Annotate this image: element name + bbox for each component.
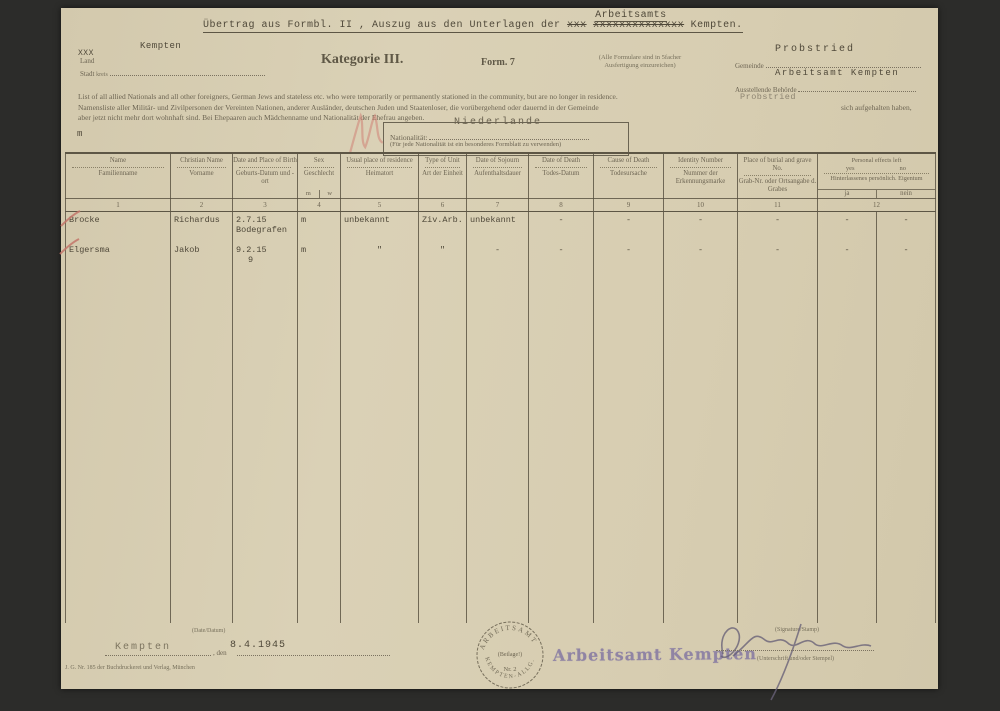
behoerde-typed-value: Arbeitsamt Kempten [775, 68, 899, 78]
col-header-unit: Type of UnitArt der Einheit [419, 153, 467, 199]
row1-vorname: Richardus [171, 212, 232, 245]
hdr-en: Sex [298, 154, 340, 165]
cell-death-cause: -- [594, 212, 664, 624]
round-stamp-arbeitsamt: ARBEITSAMT KEMPTEN-ALLG. (Beilage!) Nr. … [474, 619, 546, 691]
stadt-label: Stadt kreis [80, 66, 265, 78]
intro-line-german-1-end: sich aufgehalten haben, [841, 103, 912, 112]
row2-birth: 9.2.159 [233, 245, 297, 265]
row1-unit: Ziv.Arb. [419, 212, 466, 245]
title-struck-1: xxx [567, 20, 587, 31]
hdr-de: Nummer der Erkennungsmarke [664, 169, 737, 186]
cell-effects-nein: -- [877, 212, 936, 624]
sex-m: m [298, 190, 320, 198]
table-column-numbers: 1 2 3 4 5 6 7 8 9 10 11 12 [66, 199, 936, 212]
col-header-sex: SexGeschlechtmw [298, 153, 341, 199]
place-typed: Kempten [115, 642, 171, 653]
title-text: Übertrag aus Formbl. II , Auszug aus den… [203, 20, 561, 31]
probstried-overlay: Probstried [740, 92, 796, 102]
hdr-de: Vorname [171, 169, 232, 178]
document-title: Übertrag aus Formbl. II , Auszug aus den… [203, 20, 743, 33]
hdr-en: Date of Sojourn [467, 154, 528, 165]
kreis-dotted-line [110, 66, 265, 76]
hdr-en: Identity Number [664, 154, 737, 165]
title-kempten: Kempten. [691, 20, 743, 31]
row2-residence: " [341, 245, 418, 255]
kategorie-heading: Kategorie III. [321, 52, 403, 68]
effects-yes: yes [824, 165, 877, 173]
kreis-text: kreis [96, 72, 108, 78]
row2-death: - [529, 245, 593, 255]
col-header-christian-name: Christian NameVorname [171, 153, 233, 199]
cell-identity: -- [664, 212, 738, 624]
col-header-name: NameFamilienname [66, 153, 171, 199]
nationality-box: Niederlande Nationalität: (Für jede Nati… [383, 122, 629, 156]
cell-effects-ja: -- [818, 212, 877, 624]
nationality-typed-value: Niederlande [454, 117, 542, 128]
hdr-en: Place of burial and grave No. [738, 154, 817, 173]
col-header-death-date: Date of DeathTodes-Datum [529, 153, 594, 199]
hdr-de: Geburts-Datum und -ort [233, 169, 297, 186]
hdr-en: Personal effects left [818, 154, 935, 165]
row1-sojourn: unbekannt [467, 212, 528, 245]
col-header-birth: Date and Place of BirthGeburts-Datum und… [233, 153, 298, 199]
title-correction: Arbeitsamts xxxxxxxxxxxxxx [593, 20, 684, 31]
col-num: 5 [341, 199, 419, 212]
copies-note: (Alle Formulare sind in 5facher Ausferti… [585, 54, 695, 69]
hdr-de: Heimatort [341, 169, 418, 178]
persons-table: NameFamilienname Christian NameVorname D… [65, 152, 936, 623]
nationality-dotted-line [429, 130, 589, 140]
effects-yes-no: yesno [824, 165, 929, 174]
col-header-identity: Identity NumberNummer der Erkennungsmark… [664, 153, 738, 199]
nationality-note: (Für jede Nationalität ist ein besondere… [390, 141, 561, 148]
copies-note-line1: (Alle Formulare sind in 5facher [599, 54, 681, 61]
stadt-text: Stadt [80, 70, 94, 78]
cell-sex: mm [298, 212, 341, 624]
region-typed-value: Kempten [140, 41, 181, 51]
col-num: 1 [66, 199, 171, 212]
row1-cause: - [594, 212, 663, 245]
round-stamp-number: Nr. 2 [504, 666, 517, 673]
row2-burial: - [738, 245, 817, 255]
col-num: 9 [594, 199, 664, 212]
col-num: 11 [738, 199, 818, 212]
row2-identity: - [664, 245, 737, 255]
col-header-effects: Personal effects leftyesnoHinterlassenes… [818, 153, 936, 199]
col-num: 4 [298, 199, 341, 212]
row2-cause: - [594, 245, 663, 255]
row1-birth: 2.7.15Bodegrafen [233, 212, 297, 245]
cell-birth: 2.7.15Bodegrafen 9.2.159 [233, 212, 298, 624]
sex-w: w [320, 190, 341, 198]
sex-subcolumns: mw [298, 190, 340, 198]
gemeinde-text: Gemeinde [735, 62, 764, 70]
behoerde-dotted-line [798, 82, 916, 92]
row1-sex: m [298, 212, 340, 245]
date-dotted-line [237, 655, 390, 656]
table-header-row: NameFamilienname Christian NameVorname D… [66, 153, 936, 199]
hdr-de: Todesursache [594, 169, 663, 178]
margin-note-m: m [77, 129, 83, 139]
round-stamp-center-text: (Beilage!) [498, 651, 522, 658]
row2-birth-note: 9 [236, 255, 253, 265]
date-typed: 8.4.1945 [230, 640, 286, 651]
hdr-en: Usual place of residence [341, 154, 418, 165]
row1-burial: - [738, 212, 817, 245]
title-overlay-arbeitsamts: Arbeitsamts [595, 10, 667, 22]
col-header-residence: Usual place of residenceHeimatort [341, 153, 419, 199]
col-header-burial: Place of burial and grave No.Grab-Nr. od… [738, 153, 818, 199]
row1-name: Brocke [66, 212, 170, 245]
hdr-de: Aufenthaltsdauer [467, 169, 528, 178]
hdr-de: Grab-Nr. oder Ortsangabe d. Grabes [738, 177, 817, 194]
row1-death: - [529, 212, 593, 245]
row1-identity: - [664, 212, 737, 245]
hdr-de: Hinterlassenes persönlich. Eigentum [818, 174, 935, 183]
col-header-sojourn: Date of SojournAufenthaltsdauer [467, 153, 529, 199]
scanned-document-background: Übertrag aus Formbl. II , Auszug aus den… [0, 0, 1000, 711]
hdr-en: Date and Place of Birth [233, 154, 297, 165]
effects-nein: nein [877, 190, 935, 198]
row2-effects-ja: - [818, 245, 876, 255]
row1-effects-nein: - [877, 212, 935, 245]
col-num: 7 [467, 199, 529, 212]
land-label: Land [80, 57, 94, 65]
hdr-en: Date of Death [529, 154, 593, 165]
row2-unit: " [419, 245, 466, 255]
cell-unit: Ziv.Arb." [419, 212, 467, 624]
effects-ja: ja [818, 190, 877, 198]
cell-vorname: RichardusJakob [171, 212, 233, 624]
row2-vorname: Jakob [171, 245, 232, 255]
col-num: 12 [818, 199, 936, 212]
row2-birth-date: 9.2.15 [236, 245, 267, 255]
form-number: Form. 7 [481, 57, 515, 68]
round-stamp-top-text: ARBEITSAMT [478, 624, 539, 651]
signature-label-bottom: (Unterschrift und/oder Stempel) [757, 656, 834, 662]
hdr-de: Familienname [66, 169, 170, 178]
date-label: (Date/Datum) [192, 628, 225, 634]
hdr-en: Name [66, 154, 170, 165]
hdr-en: Type of Unit [419, 154, 466, 165]
effects-ja-nein: janein [818, 189, 935, 198]
red-checkmark-row1 [59, 210, 81, 228]
col-num: 6 [419, 199, 467, 212]
row1-birth-place: Bodegrafen [236, 225, 287, 235]
row1-birth-date: 2.7.15 [236, 215, 267, 225]
den-label: , den [213, 649, 227, 657]
intro-line-english: List of all allied Nationals and all oth… [78, 92, 618, 101]
col-num: 3 [233, 199, 298, 212]
red-checkmark-row2 [58, 238, 80, 256]
cell-sojourn: unbekannt- [467, 212, 529, 624]
hdr-de: Todes-Datum [529, 169, 593, 178]
row2-sojourn: - [467, 245, 528, 255]
row1-effects-ja: - [818, 212, 876, 245]
table-body: BrockeElgersma RichardusJakob 2.7.15Bode… [66, 212, 936, 624]
gemeinde-typed-value: Probstried [775, 44, 855, 55]
row1-residence: unbekannt [341, 212, 418, 245]
cell-name: BrockeElgersma [66, 212, 171, 624]
hdr-en: Christian Name [171, 154, 232, 165]
signature-dotted-line [716, 650, 874, 651]
effects-no: no [877, 165, 930, 173]
cell-burial: -- [738, 212, 818, 624]
col-header-death-cause: Cause of DeathTodesursache [594, 153, 664, 199]
svg-text:ARBEITSAMT: ARBEITSAMT [478, 624, 539, 651]
copies-note-line2: Ausfertigung einzureichen) [604, 62, 675, 69]
col-num: 10 [664, 199, 738, 212]
place-dotted-line [105, 655, 211, 656]
row2-effects-nein: - [877, 245, 935, 255]
col-num: 8 [529, 199, 594, 212]
row2-sex: m [298, 245, 340, 255]
gemeinde-dotted-line [766, 58, 921, 68]
hdr-de: Art der Einheit [419, 169, 466, 178]
hdr-en: Cause of Death [594, 154, 663, 165]
document-page: Übertrag aus Formbl. II , Auszug aus den… [61, 8, 938, 689]
hdr-de: Geschlecht [298, 169, 340, 178]
cell-residence: unbekannt" [341, 212, 419, 624]
cell-death-date: -- [529, 212, 594, 624]
col-num: 2 [171, 199, 233, 212]
row2-name: Elgersma [66, 245, 170, 255]
printer-imprint: J. G. Nr. 185 der Buchdruckerei und Verl… [65, 665, 195, 671]
